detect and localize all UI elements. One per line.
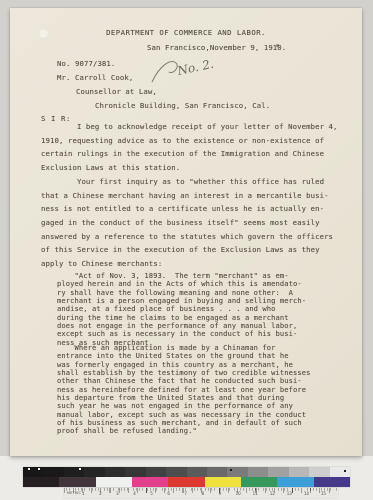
recipient-title: Counsellor at Law, (76, 87, 157, 96)
letter-body: I beg to acknowledge receipt of your let… (41, 120, 338, 271)
letterhead-department: DEPARTMENT OF COMMERCE AND LABOR. (10, 28, 362, 37)
calibration-patch (132, 477, 168, 487)
color-patch-strip (23, 477, 350, 487)
ruler-number: 11 (253, 491, 270, 496)
file-number: No. 9077/381. (57, 59, 115, 68)
pen-flourish (150, 61, 178, 82)
calibration-patch (59, 477, 95, 487)
ruler-number: 15 (321, 491, 338, 496)
calibration-patch (168, 477, 204, 487)
ruler-number: 5 (150, 491, 167, 496)
registration-mark-dark (344, 470, 346, 472)
calibration-patch (309, 467, 329, 477)
handwritten-number-text: No. 2. (175, 57, 215, 79)
calibration-patch (166, 467, 186, 477)
calibration-patch (248, 467, 268, 477)
statute-quote-application: Where an application is made by a Chinam… (57, 344, 311, 436)
statute-quote-act-1893: "Act of Nov. 3, 1893. The term "merchant… (57, 272, 306, 347)
recipient-name: Mr. Carroll Cook, (57, 73, 133, 82)
calibration-patch (205, 477, 241, 487)
calibration-patch (105, 467, 125, 477)
paper-speck (276, 44, 279, 47)
calibration-patch (314, 477, 350, 487)
ruler-number: 3 (116, 491, 133, 496)
ruler-number: 7 (184, 491, 201, 496)
registration-mark (38, 468, 40, 470)
ruler-number: 8 (201, 491, 218, 496)
calibration-patch (125, 467, 145, 477)
ruler-number: 14 (304, 491, 321, 496)
calibration-patch (43, 467, 63, 477)
ruler-number: 1 (82, 491, 99, 496)
calibration-patch (330, 467, 350, 477)
registration-mark-dark (230, 469, 232, 471)
calibration-patch (84, 467, 104, 477)
scanned-letter-page: { "letter": { "heading": "DEPARTMENT OF … (0, 0, 373, 500)
calibration-patch (289, 467, 309, 477)
calibration-patch (64, 467, 84, 477)
calibration-patch (241, 477, 277, 487)
ruler-number: 2 (99, 491, 116, 496)
ruler-number: 12 (270, 491, 287, 496)
calibration-patch (187, 467, 207, 477)
calibration-patch (146, 467, 166, 477)
ruler-number: 9 (219, 491, 236, 496)
ruler-numbers: 123456789101112131415 (82, 491, 338, 496)
calibration-color-bar (23, 467, 350, 487)
registration-mark (79, 468, 81, 470)
metric-ruler: METRIC 123456789101112131415 (64, 488, 338, 498)
recipient-address: Chronicle Building, San Francisco, Cal. (95, 101, 270, 110)
ruler-number: 13 (287, 491, 304, 496)
ruler-number: 6 (167, 491, 184, 496)
calibration-patch (268, 467, 288, 477)
calibration-patch (23, 467, 43, 477)
ruler-metric-label: METRIC (67, 491, 81, 495)
calibration-patch (23, 477, 59, 487)
registration-mark (28, 468, 30, 470)
handwritten-number-annotation: No. 2. (146, 45, 249, 93)
calibration-patch (96, 477, 132, 487)
grayscale-step-strip (23, 467, 350, 477)
calibration-patch (277, 477, 313, 487)
ruler-number: 4 (133, 491, 150, 496)
calibration-patch (207, 467, 227, 477)
letter-paper: DEPARTMENT OF COMMERCE AND LABOR. San Fr… (10, 8, 362, 456)
ruler-number: 10 (236, 491, 253, 496)
